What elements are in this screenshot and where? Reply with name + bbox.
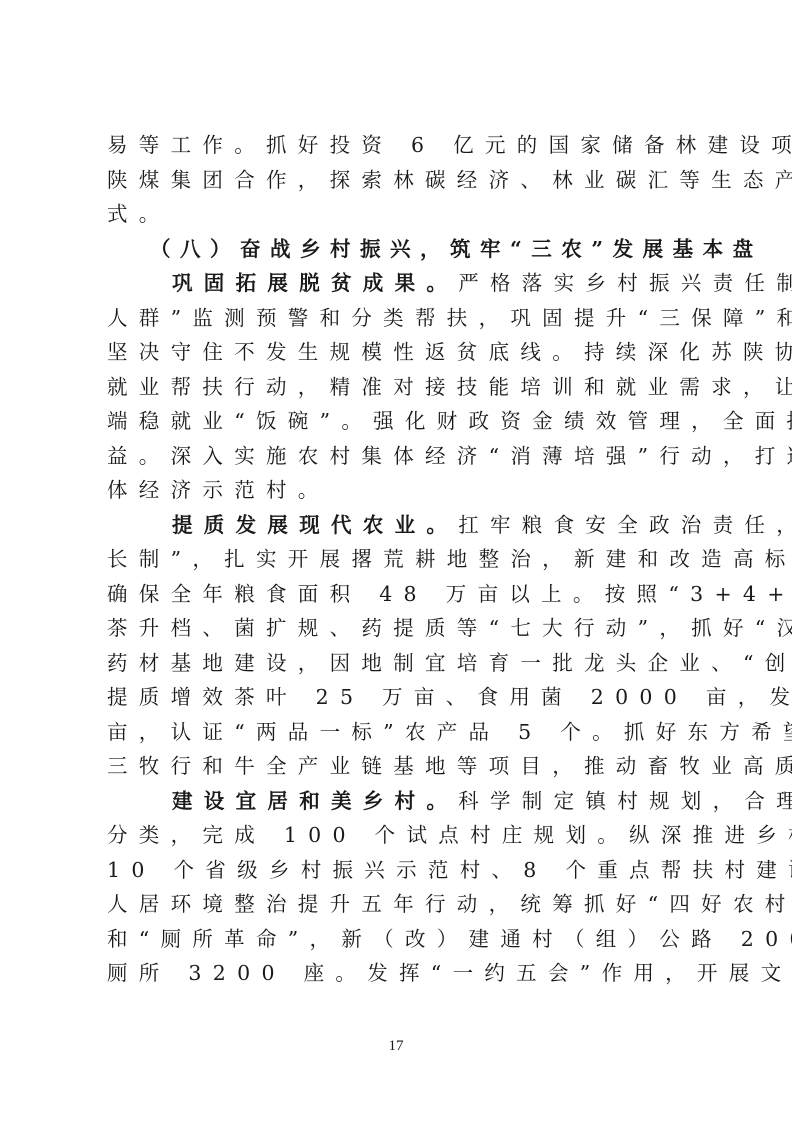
text-line: 长制”，扎实开展撂荒耕地整治，新建和改造高标准农田 3 万亩， xyxy=(107,542,697,577)
paragraph-lead-line: 提质发展现代农业。扛牢粮食安全政治责任，全面落实“田 xyxy=(107,508,697,543)
document-page: 易等工作。抓好投资 6 亿元的国家储备林建设项目，积极深化与 陕煤集团合作，探索… xyxy=(0,0,792,1121)
section-heading: （八）奋战乡村振兴，筑牢“三农”发展基本盘 xyxy=(107,232,697,267)
text-line: 坚决守住不发生规模性返贫底线。持续深化苏陕协作，深入开展 xyxy=(107,335,697,370)
text-line: 厕所 3200 座。发挥“一约五会”作用，开展文明村镇、健康村庄 xyxy=(107,956,697,991)
text-line: 人群”监测预警和分类帮扶，巩固提升“三保障”和饮水安全成果， xyxy=(107,301,697,336)
text-line: 亩，认证“两品一标”农产品 5 个。抓好东方希望生猪养殖基地、 xyxy=(107,715,697,750)
text-line: 和“厕所革命”，新（改）建通村（组）公路 200 公里以上、卫生 xyxy=(107,922,697,957)
text-line: 人居环境整治提升五年行动，统筹抓好“四好农村路”、污水治理 xyxy=(107,887,697,922)
paragraph-lead-title: 巩固拓展脱贫成果。 xyxy=(172,271,458,295)
text-line: 确保全年粮食面积 48 万亩以上。按照“3+4+N”产业布局，实施 xyxy=(107,577,697,612)
text-line: 三牧行和牛全产业链基地等项目，推动畜牧业高质量发展。 xyxy=(107,749,697,784)
paragraph-lead-text: 扛牢粮食安全政治责任，全面落实“田 xyxy=(458,513,792,537)
text-line: 茶升档、菌扩规、药提质等“七大行动”，抓好“汉八味”标准化中 xyxy=(107,611,697,646)
text-line: 陕煤集团合作，探索林碳经济、林业碳汇等生态产品价值转换模 xyxy=(107,163,697,198)
text-line: 式。 xyxy=(107,197,697,232)
text-line: 分类，完成 100 个试点村庄规划。纵深推进乡村建设行动，聚焦 xyxy=(107,818,697,853)
body-text: 易等工作。抓好投资 6 亿元的国家储备林建设项目，积极深化与 陕煤集团合作，探索… xyxy=(107,128,697,991)
text-line: 药材基地建设，因地制宜培育一批龙头企业、“创业车间”。全年 xyxy=(107,646,697,681)
paragraph-lead-text: 严格落实乡村振兴责任制，做好“三类 xyxy=(458,271,792,295)
text-line: 易等工作。抓好投资 6 亿元的国家储备林建设项目，积极深化与 xyxy=(107,128,697,163)
text-line: 端稳就业“饭碗”。强化财政资金绩效管理，全面提升资金使用效 xyxy=(107,404,697,439)
paragraph-lead-line: 建设宜居和美乡村。科学制定镇村规划，合理确定村庄布局 xyxy=(107,784,697,819)
text-line: 提质增效茶叶 25 万亩、食用菌 2000 亩，发展稻渔综合种养 6000 xyxy=(107,680,697,715)
paragraph-lead-title: 提质发展现代农业。 xyxy=(172,513,458,537)
text-line: 就业帮扶行动，精准对接技能培训和就业需求，让更多脱贫群众 xyxy=(107,370,697,405)
text-line: 体经济示范村。 xyxy=(107,473,697,508)
text-line: 益。深入实施农村集体经济“消薄培强”行动，打造新型农村集 xyxy=(107,439,697,474)
page-number: 17 xyxy=(0,1038,792,1055)
paragraph-lead-title: 建设宜居和美乡村。 xyxy=(172,789,458,813)
paragraph-lead-text: 科学制定镇村规划，合理确定村庄布局 xyxy=(458,789,792,813)
paragraph-lead-line: 巩固拓展脱贫成果。严格落实乡村振兴责任制，做好“三类 xyxy=(107,266,697,301)
text-line: 10 个省级乡村振兴示范村、8 个重点帮扶村建设，深入实施农村 xyxy=(107,853,697,888)
